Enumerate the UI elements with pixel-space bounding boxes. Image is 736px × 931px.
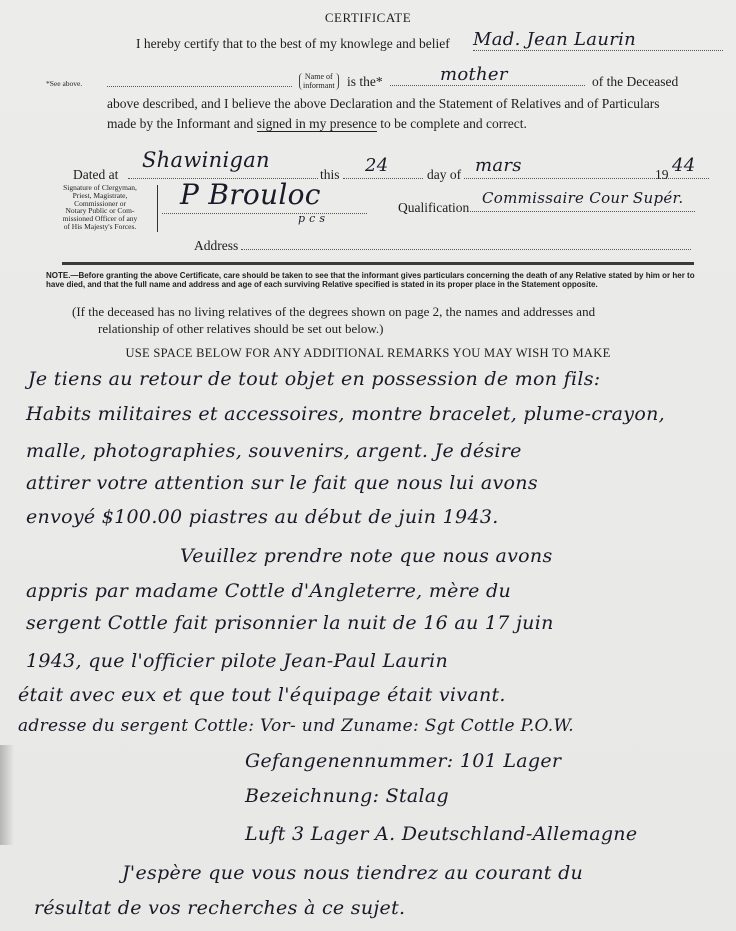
remark-line: Gefangenennummer: 101 Lager <box>245 750 561 772</box>
declaration-line: above described, and I believe the above… <box>107 96 660 112</box>
year-prefix: 19 <box>655 167 669 183</box>
presence-prefix: made by the Informant and <box>107 116 257 131</box>
remark-line: Habits militaires et accessoires, montre… <box>26 403 665 425</box>
month-field[interactable]: mars <box>475 155 522 176</box>
dated-at-field[interactable]: Shawinigan <box>142 148 270 172</box>
is-the-label: is the* <box>347 74 383 90</box>
remark-line: résultat de vos recherches à ce sujet. <box>34 897 405 919</box>
remark-line: Veuillez prendre note que nous avons <box>180 545 553 567</box>
signature-field[interactable]: P Brouloc <box>180 178 321 211</box>
certificate-page: CERTIFICATE I hereby certify that to the… <box>0 0 736 931</box>
day-field[interactable]: 24 <box>365 155 389 176</box>
year-field[interactable]: 44 <box>672 155 696 176</box>
paren-note-line-1: (If the deceased has no living relatives… <box>72 304 595 320</box>
caption-line: of His Majesty's Forces. <box>45 223 155 231</box>
signed-in-presence-text: signed in my presence <box>257 116 377 132</box>
qualification-field[interactable]: Commissaire Cour Supér. <box>482 189 683 207</box>
dated-at-label: Dated at <box>73 167 118 183</box>
qualification-label: Qualification <box>398 200 469 216</box>
section-divider <box>62 262 694 265</box>
certify-text: I hereby certify that to the best of my … <box>136 36 450 51</box>
remark-line: 1943, que l'officier pilote Jean-Paul La… <box>26 650 448 672</box>
remark-line: Luft 3 Lager A. Deutschland-Allemagne <box>245 823 637 845</box>
this-label: this <box>320 167 340 183</box>
relationship-field[interactable]: mother <box>440 64 508 85</box>
see-above-note: *See above. <box>46 79 82 88</box>
remark-line: envoyé $100.00 piastres au début de juin… <box>26 506 499 528</box>
presence-line: made by the Informant and signed in my p… <box>107 116 527 132</box>
remarks-heading: USE SPACE BELOW FOR ANY ADDITIONAL REMAR… <box>0 346 736 361</box>
certify-line: I hereby certify that to the best of my … <box>136 36 450 52</box>
remark-line: J'espère que vous nous tiendrez au coura… <box>122 862 583 884</box>
label-part-2: informant <box>303 82 335 91</box>
informant-dotted-line <box>107 76 292 87</box>
remark-line: malle, photographies, souvenirs, argent.… <box>26 440 522 462</box>
remark-line: attirer votre attention sur le fait que … <box>26 472 538 494</box>
remark-line: appris par madame Cottle d'Angleterre, m… <box>26 580 511 602</box>
remark-line: Je tiens au retour de tout objet en poss… <box>28 368 600 390</box>
day-of-label: day of <box>427 167 461 183</box>
informant-name-field[interactable]: Mad. Jean Laurin <box>473 29 723 51</box>
page-edge-shadow <box>0 745 14 845</box>
of-the-deceased-label: of the Deceased <box>592 74 678 90</box>
remark-line: sergent Cottle fait prisonnier la nuit d… <box>26 612 554 634</box>
signature-brace <box>157 185 158 232</box>
address-field[interactable] <box>241 239 691 250</box>
remark-line: Bezeichnung: Stalag <box>245 785 449 807</box>
presence-suffix: to be complete and correct. <box>377 116 527 131</box>
certificate-title: CERTIFICATE <box>0 10 736 26</box>
note-paragraph: NOTE.—Before granting the above Certific… <box>46 272 696 289</box>
name-of-informant-label: Name of informant <box>299 73 339 90</box>
signature-subscript: p c s <box>298 212 325 225</box>
signature-caption: Signature of Clergyman, Priest, Magistra… <box>45 184 155 231</box>
paren-note-line-2: relationship of other relatives should b… <box>98 321 383 337</box>
remark-line: adresse du sergent Cottle: Vor- und Zuna… <box>18 716 574 736</box>
address-label: Address <box>194 238 238 254</box>
remark-line: était avec eux et que tout l'équipage ét… <box>18 684 506 706</box>
